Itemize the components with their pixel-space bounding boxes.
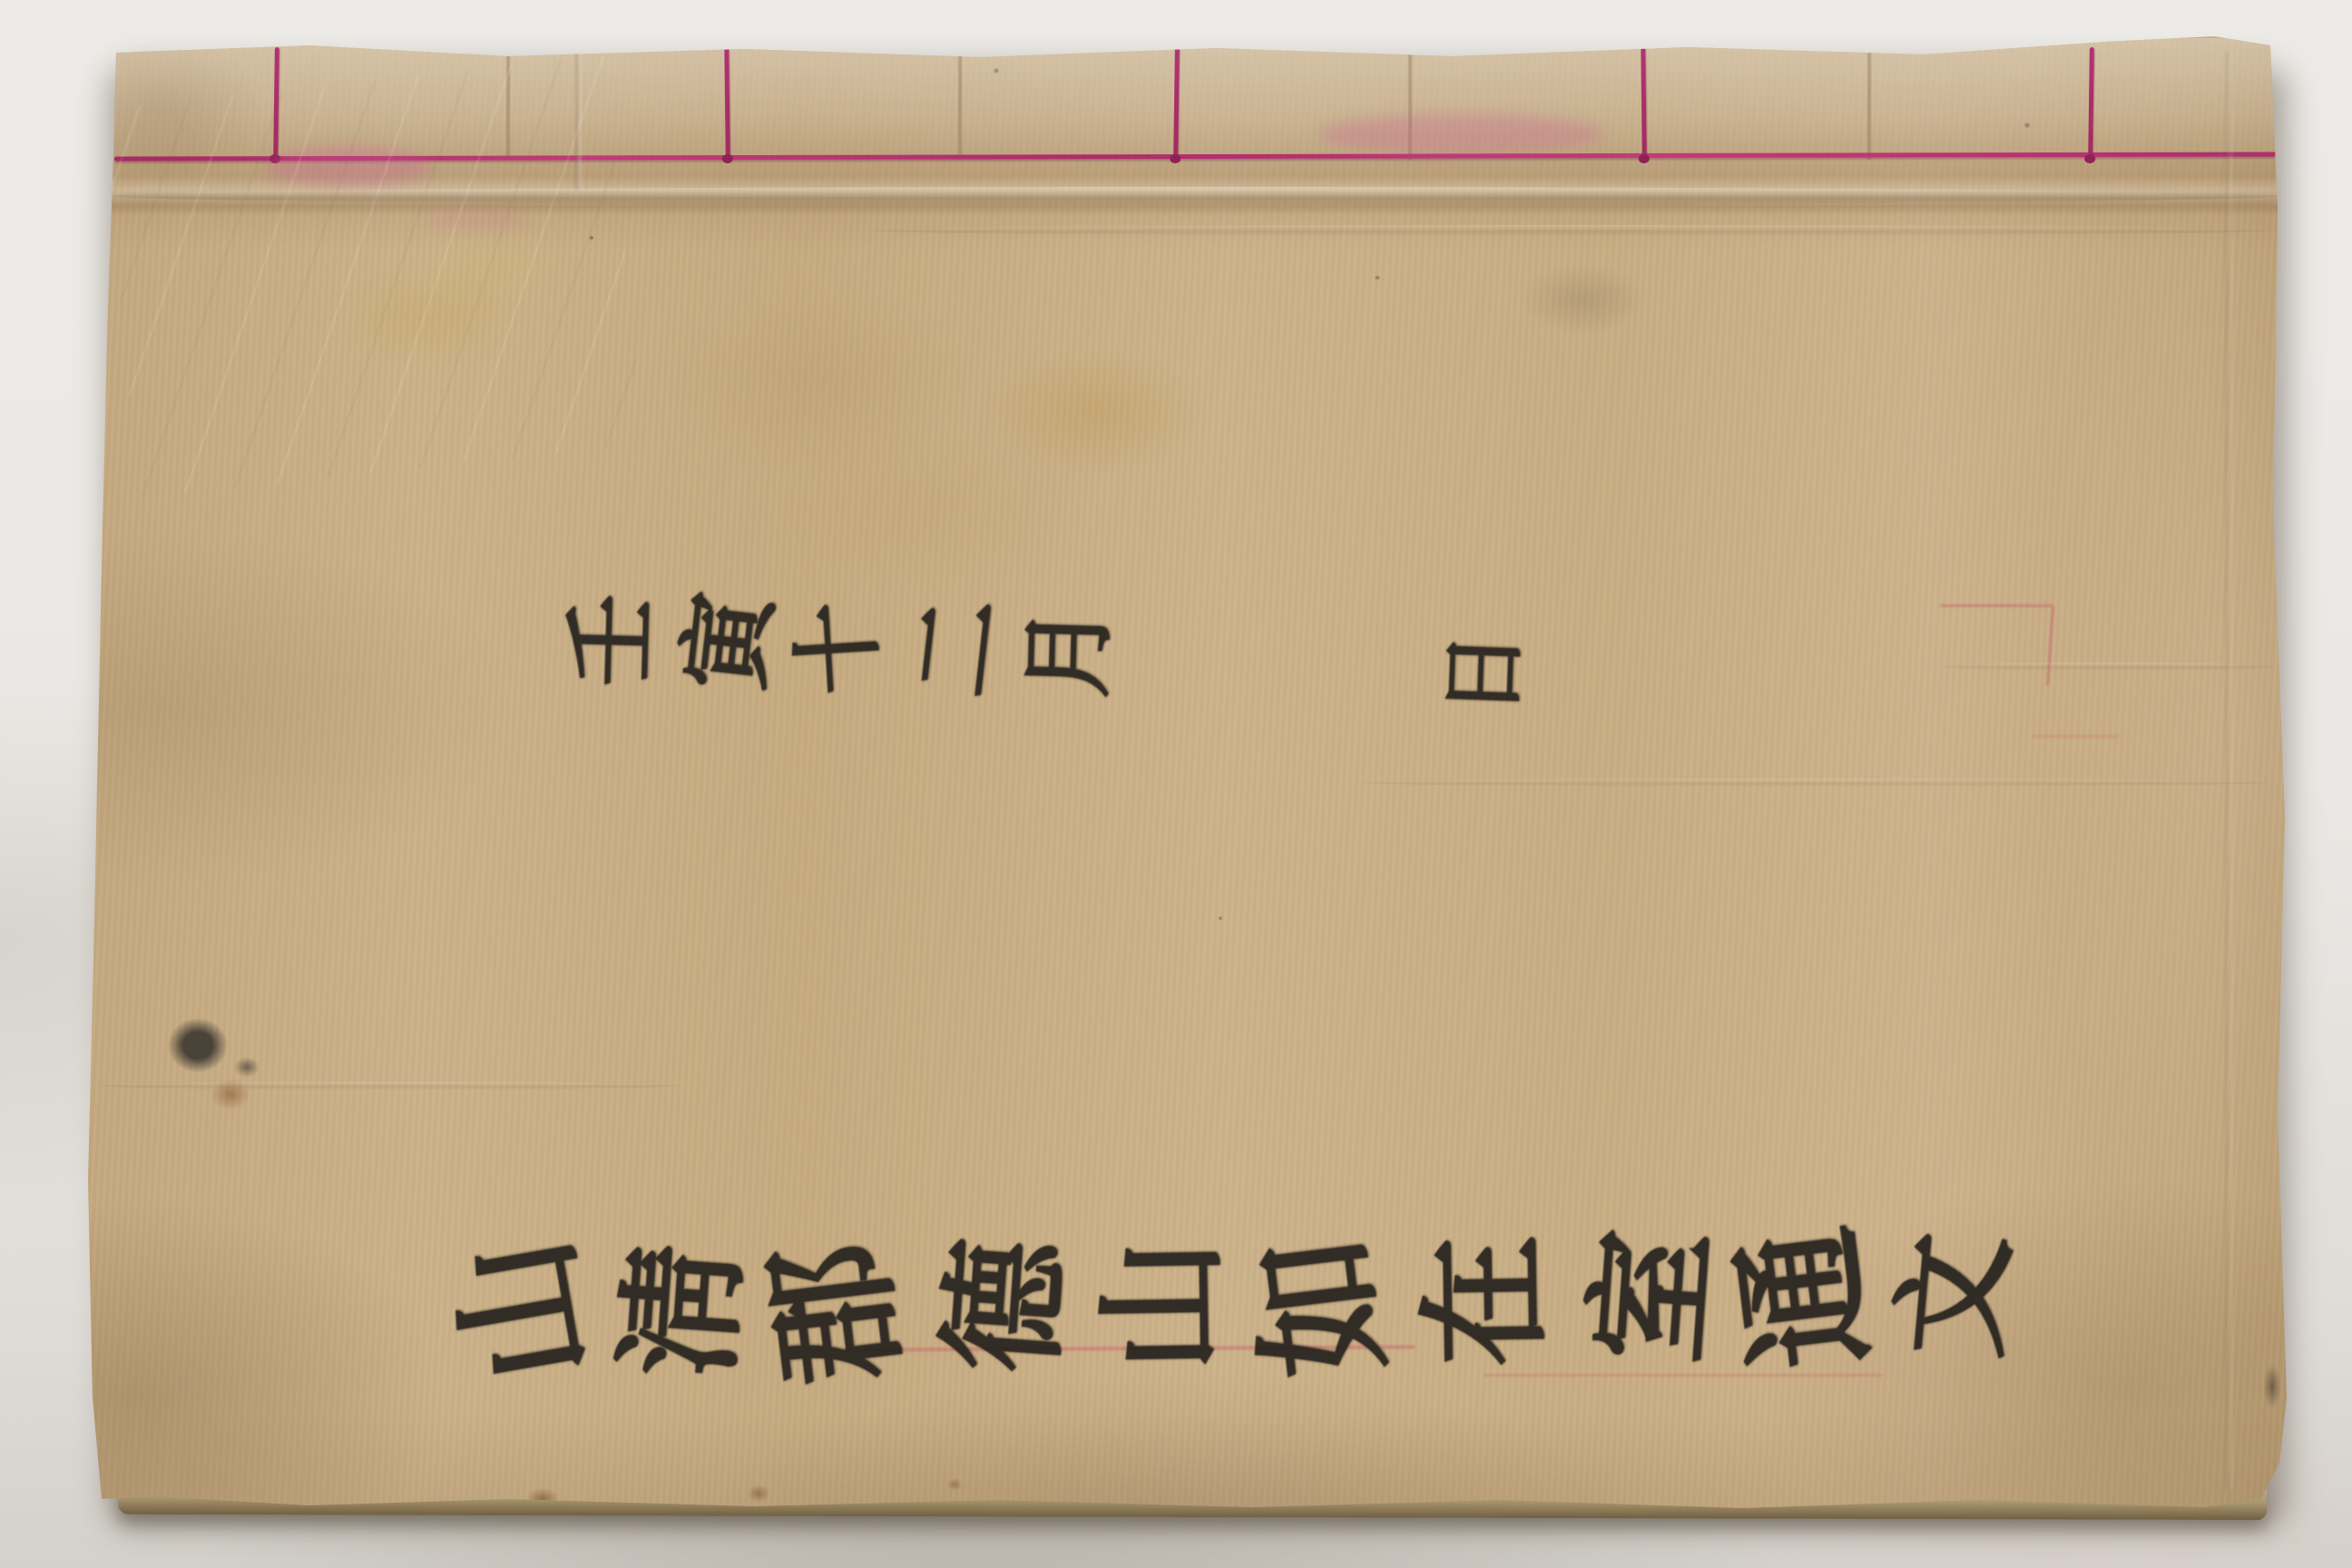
- calligraphy-glyph: 淸: [604, 1238, 763, 1384]
- calligraphy-glyph: 壬: [557, 588, 669, 692]
- calligraphy-glyph: 二: [895, 587, 1022, 707]
- day-inscription: 日: [1435, 624, 1534, 723]
- paper-crease: [2225, 51, 2233, 1489]
- calligraphy-glyph: 德: [927, 1232, 1086, 1378]
- calligraphy-glyph: 室: [1573, 1222, 1731, 1368]
- date-inscription: 壬寅十二月: [561, 584, 1122, 708]
- calligraphy-glyph: 月: [1014, 600, 1125, 704]
- paper-wrinkles: [99, 56, 645, 497]
- calligraphy-glyph: 山: [1087, 1237, 1239, 1376]
- paper-crease: [98, 1082, 679, 1090]
- red-pencil-line: [2046, 606, 2054, 686]
- spine-wrinkle: [958, 53, 962, 160]
- calligraphy-glyph: 寅: [666, 582, 793, 701]
- calligraphy-glyph: 郡: [750, 1232, 924, 1393]
- cover-title-inscription: 山淸郡德山如在室通文: [448, 1217, 2040, 1391]
- calligraphy-glyph: 十: [782, 594, 897, 702]
- calligraphy-glyph: 山: [433, 1225, 616, 1396]
- book-cover: 壬寅十二月 日 山淸郡德山如在室通文: [0, 0, 2352, 1568]
- calligraphy-glyph: 在: [1410, 1231, 1562, 1370]
- paper-crease: [871, 225, 2273, 236]
- paper-crease: [1361, 779, 2269, 787]
- calligraphy-glyph: 文: [1880, 1226, 2030, 1365]
- thread-dye-smudge: [1320, 114, 1602, 154]
- calligraphy-glyph: 如: [1235, 1225, 1408, 1386]
- calligraphy-glyph: 通: [1720, 1218, 1893, 1378]
- red-pencil-line: [1940, 604, 2053, 607]
- photo-backdrop: { "photo": { "subject": "antique stab-bo…: [0, 0, 2352, 1568]
- red-pencil-line: [2033, 735, 2119, 738]
- spine-wrinkle: [1867, 53, 1871, 160]
